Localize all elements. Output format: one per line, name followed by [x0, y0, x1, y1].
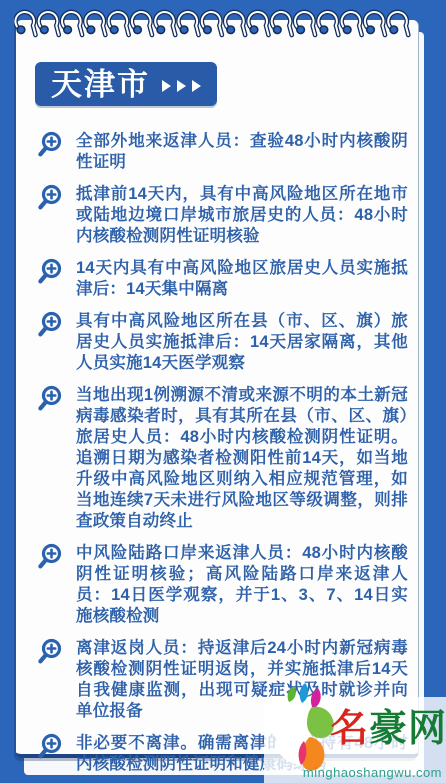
chevron-right-icon: [177, 80, 186, 92]
policy-text: 当地出现1例溯源不清或来源不明的本土新冠病毒感染者时，具有其所在县（市、区、旗）…: [76, 385, 408, 532]
chevron-right-icon: [192, 80, 201, 92]
watermark-url: minghaoshangwu.com: [303, 765, 442, 780]
city-title: 天津市: [51, 69, 150, 100]
policy-item: 具有中高风险地区所在县（市、区、旗）旅居史人员实施抵津后：14天居家隔离，其他人…: [36, 311, 408, 374]
policy-item: 中风险陆路口岸来返津人员：48小时内核酸阴性证明核验；高风险陆路口岸来返津人员：…: [36, 543, 408, 627]
zoom-in-magnifier-icon: [36, 385, 63, 412]
policy-text: 中风险陆路口岸来返津人员：48小时内核酸阴性证明核验；高风险陆路口岸来返津人员：…: [76, 543, 408, 627]
policy-item: 当地出现1例溯源不清或来源不明的本土新冠病毒感染者时，具有其所在县（市、区、旗）…: [36, 385, 408, 532]
page-background: { "header": { "city": "天津市" }, "policies…: [0, 0, 446, 783]
policy-text: 抵津前14天内，具有中高风险地区所在地市或陆地边境口岸城市旅居史的人员：48小时…: [76, 184, 408, 247]
policy-list: 全部外地来返津人员：查验48小时内核酸阴性证明 抵津前14天内，具有中高风险地区…: [36, 131, 408, 775]
badge-arrows: [162, 80, 201, 92]
watermark: 名豪网 minghaoshangwu.com: [264, 697, 446, 783]
policy-item: 14天内具有中高风险地区旅居史人员实施抵津后：14天集中隔离: [36, 258, 408, 300]
zoom-in-magnifier-icon: [36, 184, 63, 211]
policy-text: 具有中高风险地区所在县（市、区、旗）旅居史人员实施抵津后：14天居家隔离，其他人…: [76, 311, 408, 374]
zoom-in-magnifier-icon: [36, 543, 63, 570]
zoom-in-magnifier-icon: [36, 131, 63, 158]
policy-item: 全部外地来返津人员：查验48小时内核酸阴性证明: [36, 131, 408, 173]
zoom-in-magnifier-icon: [36, 733, 63, 760]
policy-text: 全部外地来返津人员：查验48小时内核酸阴性证明: [76, 131, 408, 173]
spiral-binding: [14, 4, 420, 44]
policy-item: 抵津前14天内，具有中高风险地区所在地市或陆地边境口岸城市旅居史的人员：48小时…: [36, 184, 408, 247]
zoom-in-magnifier-icon: [36, 638, 63, 665]
zoom-in-magnifier-icon: [36, 311, 63, 338]
city-badge: 天津市: [35, 62, 217, 106]
policy-text: 14天内具有中高风险地区旅居史人员实施抵津后：14天集中隔离: [76, 258, 408, 300]
zoom-in-magnifier-icon: [36, 258, 63, 285]
chevron-right-icon: [162, 80, 171, 92]
watermark-brand-text: 名豪网: [330, 710, 446, 748]
